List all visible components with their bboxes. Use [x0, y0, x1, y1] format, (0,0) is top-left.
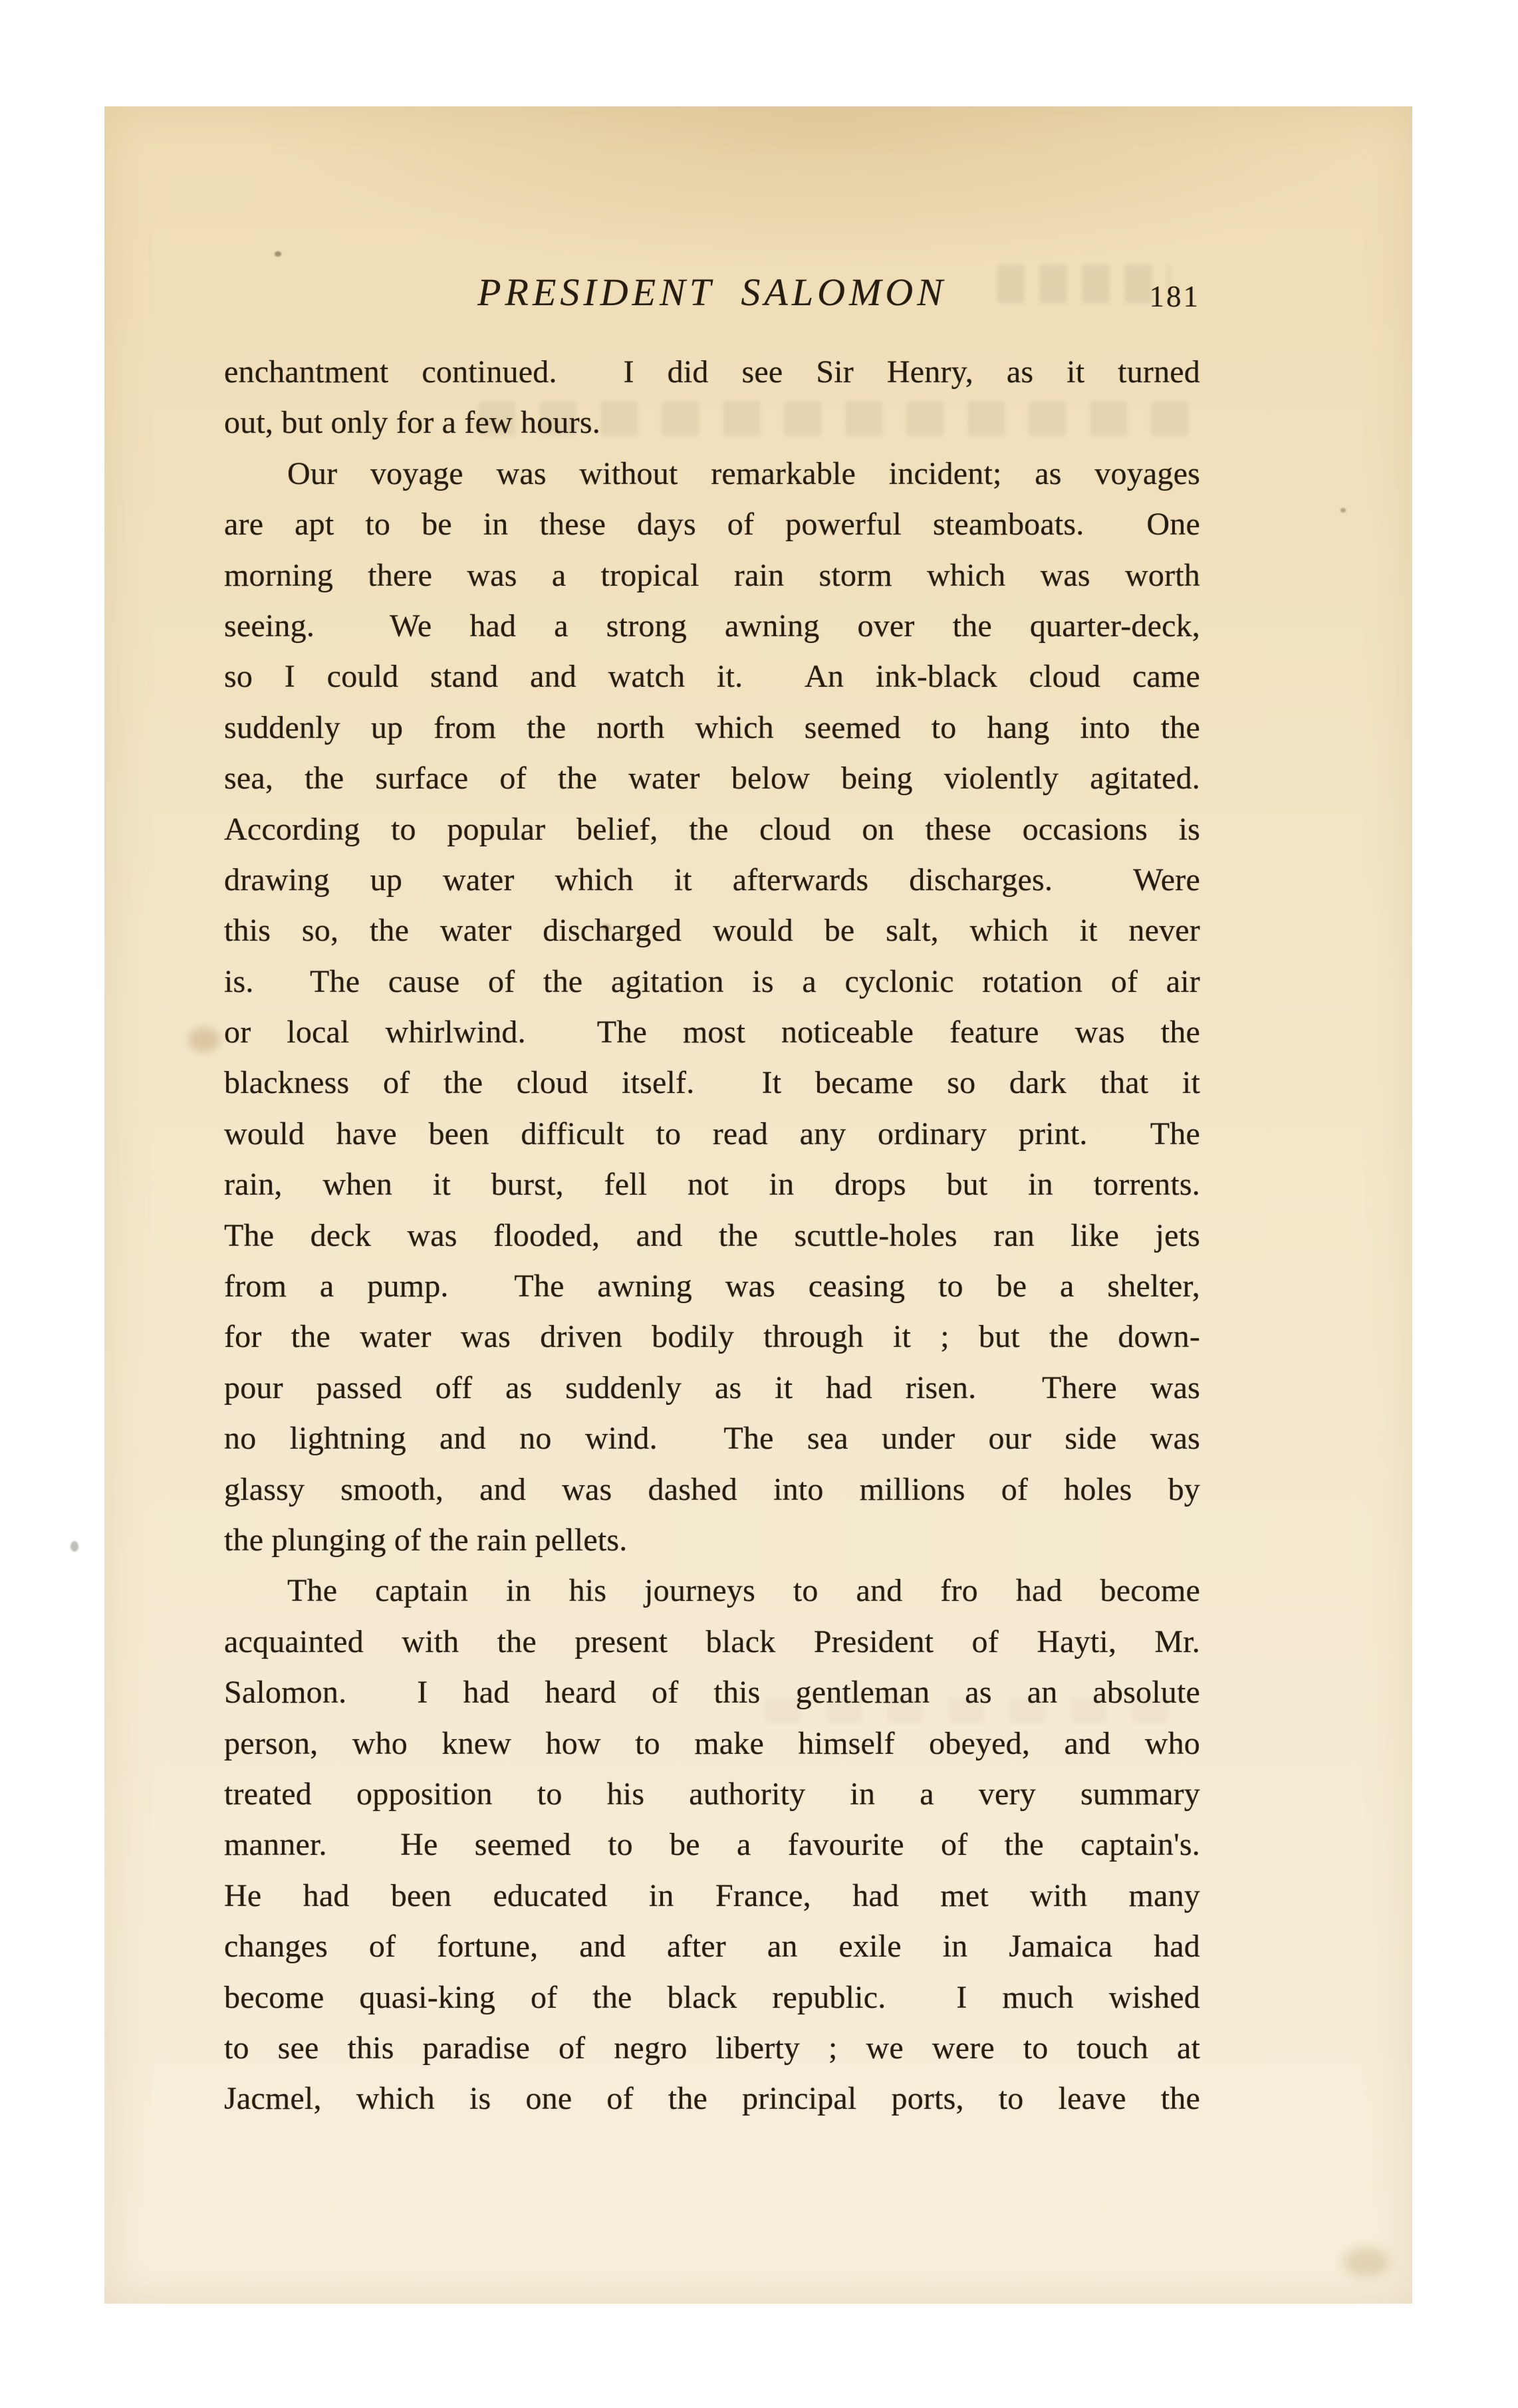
text-line: morning there was a tropical rain storm … [224, 550, 1200, 601]
text-line: from a pump. The awning was ceasing to b… [224, 1261, 1200, 1312]
text-line: rain, when it burst, fell not in drops b… [224, 1159, 1200, 1210]
text-line: seeing. We had a strong awning over the … [224, 601, 1200, 652]
text-line: The captain in his journeys to and fro h… [224, 1566, 1200, 1616]
text-line: Jacmel, which is one of the principal po… [224, 2074, 1200, 2124]
book-page: PRESIDENT SALOMON 181 enchantment contin… [104, 106, 1412, 2304]
text-line: person, who knew how to make himself obe… [224, 1719, 1200, 1769]
text-line: would have been difficult to read any or… [224, 1109, 1200, 1159]
text-line: changes of fortune, and after an exile i… [224, 1921, 1200, 1972]
text-line: the plunging of the rain pellets. [224, 1515, 1200, 1566]
text-line: According to popular belief, the cloud o… [224, 804, 1200, 855]
text-line: so I could stand and watch it. An ink-bl… [224, 652, 1200, 702]
text-line: blackness of the cloud itself. It became… [224, 1058, 1200, 1108]
paper-speck [1340, 508, 1346, 513]
paper-stain [1343, 2247, 1390, 2277]
scanner-margin-mark [70, 1541, 78, 1552]
text-line: this so, the water discharged would be s… [224, 905, 1200, 956]
paper-stain [188, 1027, 220, 1052]
text-line: is. The cause of the agitation is a cycl… [224, 957, 1200, 1007]
text-line: treated opposition to his authority in a… [224, 1769, 1200, 1820]
text-line: manner. He seemed to be a favourite of t… [224, 1820, 1200, 1870]
text-line: Our voyage was without remarkable incide… [224, 449, 1200, 499]
running-head-title: PRESIDENT SALOMON [477, 271, 947, 314]
text-line: no lightning and no wind. The sea under … [224, 1413, 1200, 1464]
text-line: out, but only for a few hours. [224, 398, 1200, 448]
page-number: 181 [1150, 273, 1201, 320]
text-line: to see this paradise of negro liberty ; … [224, 2023, 1200, 2074]
text-line: drawing up water which it afterwards dis… [224, 855, 1200, 905]
text-line: pour passed off as suddenly as it had ri… [224, 1363, 1200, 1413]
page-body-text: enchantment continued. I did see Sir Hen… [224, 347, 1200, 2125]
running-head: PRESIDENT SALOMON 181 [224, 269, 1200, 316]
text-line: for the water was driven bodily through … [224, 1312, 1200, 1362]
text-line: are apt to be in these days of powerful … [224, 499, 1200, 550]
text-line: enchantment continued. I did see Sir Hen… [224, 347, 1200, 398]
text-line: acquainted with the present black Presid… [224, 1617, 1200, 1667]
text-line: The deck was flooded, and the scuttle-ho… [224, 1211, 1200, 1261]
text-line: Salomon. I had heard of this gentleman a… [224, 1667, 1200, 1718]
text-line: or local whirlwind. The most noticeable … [224, 1007, 1200, 1058]
text-line: glassy smooth, and was dashed into milli… [224, 1465, 1200, 1515]
text-line: become quasi-king of the black republic.… [224, 1973, 1200, 2023]
text-line: He had been educated in France, had met … [224, 1871, 1200, 1921]
text-line: sea, the surface of the water below bein… [224, 753, 1200, 804]
text-line: suddenly up from the north which seemed … [224, 703, 1200, 753]
text-block: PRESIDENT SALOMON 181 enchantment contin… [224, 106, 1200, 2304]
